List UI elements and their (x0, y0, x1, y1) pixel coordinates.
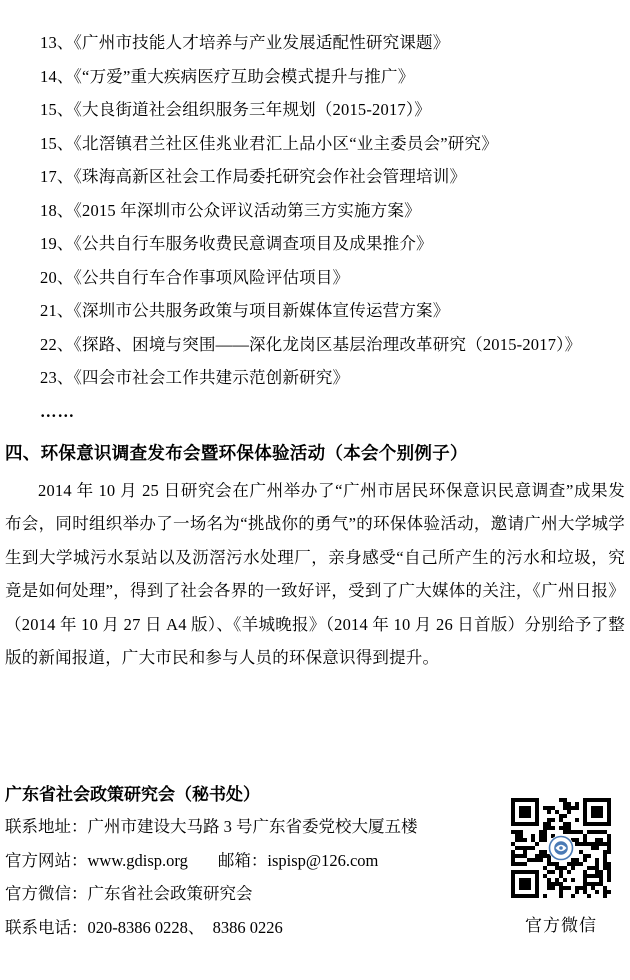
list-item: 18、《2015 年深圳市公众评议活动第三方实施方案》 (40, 194, 625, 228)
wechat-value: 广东省社会政策研究会 (88, 884, 253, 903)
row-label: 邮箱： (218, 851, 268, 870)
row-label: 联系电话： (5, 918, 88, 937)
email-value: ispisp@126.com (267, 851, 378, 870)
qr-block: 官方微信 (502, 780, 620, 944)
qr-caption: 官方微信 (502, 911, 620, 936)
list-item: 17、《珠海高新区社会工作局委托研究会作社会管理培训》 (40, 160, 625, 194)
list-item: 20、《公共自行车合作事项风险评估项目》 (40, 261, 625, 295)
footer: 广东省社会政策研究会（秘书处） 联系地址：广州市建设大马路 3 号广东省委党校大… (5, 780, 620, 944)
body-paragraph: 2014 年 10 月 25 日研究会在广州举办了“广州市居民环保意识民意调查”… (5, 474, 625, 675)
website-value: www.gdisp.org (88, 851, 188, 870)
list-item: 21、《深圳市公共服务政策与项目新媒体宣传运营方案》 (40, 294, 625, 328)
contact-website-row: 官方网站：www.gdisp.org邮箱：ispisp@126.com (5, 844, 502, 878)
ellipsis-line: …… (40, 395, 625, 429)
qr-code (511, 798, 611, 898)
list-item: 19、《公共自行车服务收费民意调查项目及成果推介》 (40, 227, 625, 261)
contact-phone-row: 联系电话：020-8386 0228、 8386 0226 (5, 911, 502, 945)
org-title: 广东省社会政策研究会（秘书处） (5, 780, 502, 810)
list-item: 13、《广州市技能人才培养与产业发展适配性研究课题》 (40, 26, 625, 60)
section-heading: 四、环保意识调查发布会暨环保体验活动（本会个别例子） (5, 437, 625, 471)
phone-value: 020-8386 0228、 8386 0226 (88, 918, 283, 937)
contact-block: 广东省社会政策研究会（秘书处） 联系地址：广州市建设大马路 3 号广东省委党校大… (5, 780, 502, 944)
project-list: 13、《广州市技能人才培养与产业发展适配性研究课题》 14、《“万爱”重大疾病医… (5, 14, 625, 428)
row-label: 联系地址： (5, 817, 88, 836)
list-item: 15、《北滘镇君兰社区佳兆业君汇上品小区“业主委员会”研究》 (40, 127, 625, 161)
list-item: 15、《大良街道社会组织服务三年规划（2015-2017）》 (40, 93, 625, 127)
list-item: 22、《探路、困境与突围——深化龙岗区基层治理改革研究（2015-2017）》 (40, 328, 625, 362)
row-label: 官方网站： (5, 851, 88, 870)
list-item: 14、《“万爱”重大疾病医疗互助会模式提升与推广》 (40, 60, 625, 94)
list-item: 23、《四会市社会工作共建示范创新研究》 (40, 361, 625, 395)
contact-wechat-row: 官方微信：广东省社会政策研究会 (5, 877, 502, 911)
contact-address-row: 联系地址：广州市建设大马路 3 号广东省委党校大厦五楼 (5, 810, 502, 844)
document-page: 13、《广州市技能人才培养与产业发展适配性研究课题》 14、《“万爱”重大疾病医… (0, 0, 630, 980)
row-label: 官方微信： (5, 884, 88, 903)
address-value: 广州市建设大马路 3 号广东省委党校大厦五楼 (88, 817, 418, 836)
